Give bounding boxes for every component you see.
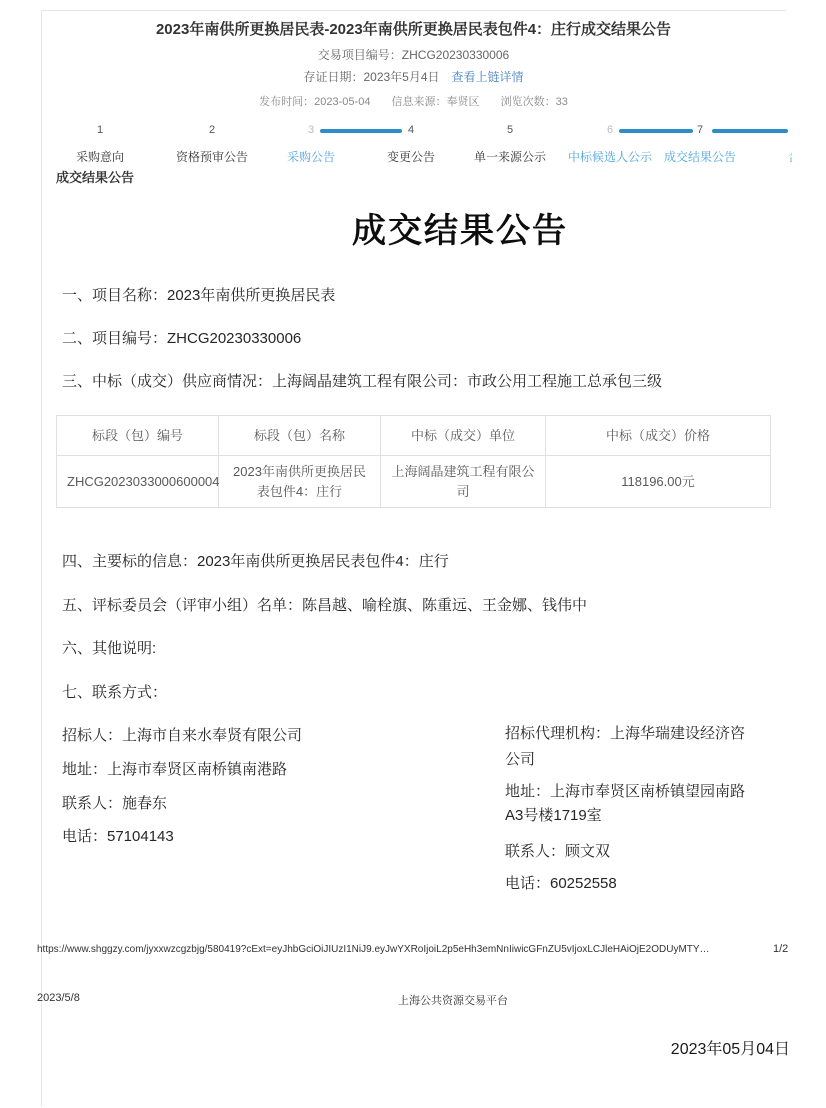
table-row: ZHCG2023033000600004 2023年南供所更换居民表包件4：庄行… xyxy=(57,456,771,508)
agency-contact-person: 联系人：顾文双 xyxy=(505,840,610,861)
step-label-zige-yushen[interactable]: 资格预审公告 xyxy=(176,148,248,165)
item-project-name: 一、项目名称：2023年南供所更换居民表 xyxy=(62,284,335,305)
cell-lot-name: 2023年南供所更换居民表包件4：庄行 xyxy=(219,456,381,508)
item-subject-info: 四、主要标的信息：2023年南供所更换居民表包件4：庄行 xyxy=(62,550,449,571)
publish-time: 发布时间：2023-05-04 xyxy=(259,96,370,108)
bidder-name: 招标人：上海市自来水奉贤有限公司 xyxy=(62,724,302,745)
print-date: 2023/5/8 xyxy=(37,992,80,1004)
print-footer-url: https://www.shggzy.com/jyxxwzcgzbjg/5804… xyxy=(37,944,710,955)
step-number: 3 xyxy=(308,124,314,136)
page-indicator: 1/2 xyxy=(773,943,788,955)
step-label-danyi-laiyuan[interactable]: 单一来源公示 xyxy=(474,148,546,165)
col-header-winner-price: 中标（成交）价格 xyxy=(546,416,771,456)
bidder-address: 地址：上海市奉贤区南桥镇南港路 xyxy=(62,758,287,779)
step-number: 5 xyxy=(507,124,513,136)
agency-address-line2: A3号楼1719室 xyxy=(505,804,602,825)
table-header-row: 标段（包）编号 标段（包）名称 中标（成交）单位 中标（成交）价格 xyxy=(57,416,771,456)
breadcrumb-heading: 成交结果公告 xyxy=(56,167,134,186)
doc-title: 2023年南供所更换居民表-2023年南供所更换居民表包件4：庄行成交结果公告 xyxy=(41,18,786,39)
info-source: 信息来源：奉贤区 xyxy=(392,96,480,108)
agency-name-line1: 招标代理机构：上海华瑞建设经济咨 xyxy=(505,722,745,743)
step-label-caigou-gonggao[interactable]: 采购公告 xyxy=(287,148,335,165)
step-number: 7 xyxy=(697,124,703,136)
publish-info-line: 发布时间：2023-05-04 信息来源：奉贤区 浏览次数：33 xyxy=(41,93,786,109)
platform-name: 上海公共资源交易平台 xyxy=(398,992,508,1008)
step-connector-line xyxy=(712,129,788,133)
step-number: 4 xyxy=(408,124,414,136)
agency-address-line1: 地址：上海市奉贤区南桥镇望园南路 xyxy=(505,780,745,801)
print-clip-area: 2023年南供所更换居民表-2023年南供所更换居民表包件4：庄行成交结果公告 … xyxy=(0,0,792,1108)
cell-winner-price: 118196.00元 xyxy=(546,456,771,508)
item-project-number: 二、项目编号：ZHCG20230330006 xyxy=(62,327,301,348)
step-connector-line xyxy=(619,129,693,133)
step-label-biangeng-gonggao[interactable]: 变更公告 xyxy=(387,148,435,165)
step-number: 6 xyxy=(607,124,613,136)
cell-lot-number: ZHCG2023033000600004 xyxy=(57,456,219,508)
item-contact-info: 七、联系方式： xyxy=(62,681,167,702)
project-number-line: 交易项目编号：ZHCG20230330006 xyxy=(41,46,786,63)
cell-winner-unit: 上海阔晶建筑工程有限公司 xyxy=(381,456,546,508)
document-date: 2023年05月04日 xyxy=(505,1036,790,1059)
chain-details-link[interactable]: 查看上链详情 xyxy=(452,70,524,84)
col-header-lot-name: 标段（包）名称 xyxy=(219,416,381,456)
award-result-table: 标段（包）编号 标段（包）名称 中标（成交）单位 中标（成交）价格 ZHCG20… xyxy=(56,415,771,508)
cert-date-text: 存证日期：2023年5月4日 xyxy=(303,70,439,84)
view-count: 浏览次数：33 xyxy=(501,96,568,108)
step-number: 2 xyxy=(209,124,215,136)
cert-date-line: 存证日期：2023年5月4日查看上链详情 xyxy=(41,68,786,85)
printed-page: 2023年南供所更换居民表-2023年南供所更换居民表包件4：庄行成交结果公告 … xyxy=(0,0,826,1108)
item-evaluation-committee: 五、评标委员会（评审小组）名单：陈昌越、喻栓旗、陈重远、王金娜、钱伟中 xyxy=(62,594,587,615)
announcement-title: 成交结果公告 xyxy=(352,203,568,252)
col-header-winner-unit: 中标（成交）单位 xyxy=(381,416,546,456)
bidder-phone: 电话：57104143 xyxy=(62,825,174,846)
agency-phone: 电话：60252558 xyxy=(505,872,617,893)
step-connector-line xyxy=(320,129,402,133)
bidder-contact-person: 联系人：施春东 xyxy=(62,792,167,813)
step-label-caigou-yixiang[interactable]: 采购意向 xyxy=(76,148,124,165)
step-label-chengjiao-jieguo[interactable]: 成交结果公告 xyxy=(664,148,736,165)
item-winning-supplier: 三、中标（成交）供应商情况：上海阔晶建筑工程有限公司：市政公用工程施工总承包三级 xyxy=(62,370,662,391)
item-other-notes: 六、其他说明: xyxy=(62,637,156,658)
agency-name-line2: 公司 xyxy=(505,748,535,769)
step-label-hetong-gonggao[interactable]: 合同公告 xyxy=(788,148,792,165)
step-label-zhongbiao-houxuanren[interactable]: 中标候选人公示 xyxy=(568,148,652,165)
col-header-lot-number: 标段（包）编号 xyxy=(57,416,219,456)
step-number: 1 xyxy=(97,124,103,136)
